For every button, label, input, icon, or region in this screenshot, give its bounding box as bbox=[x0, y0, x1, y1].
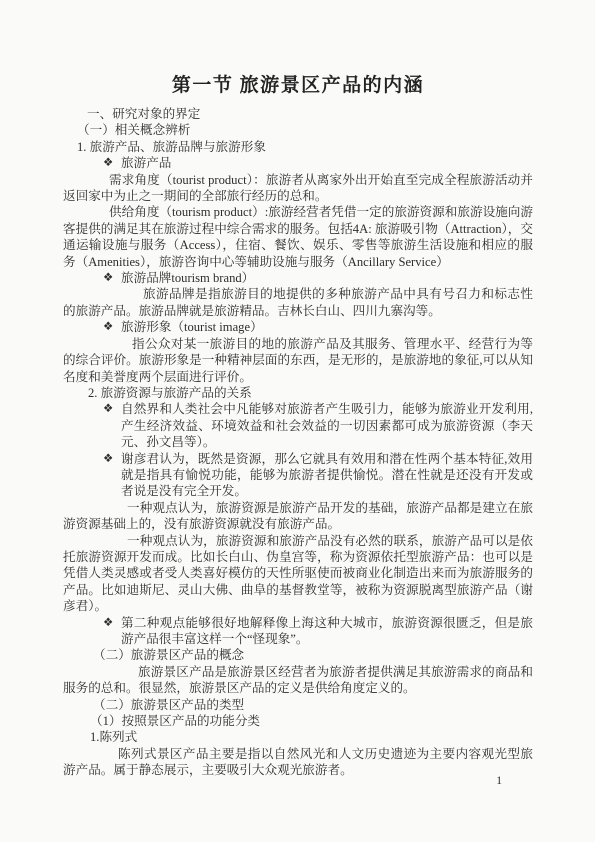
diamond-bullet-icon: ❖ bbox=[103, 451, 121, 500]
paragraph: 一种观点认为，旅游资源和旅游产品没有必然的联系，旅游产品可以是依托旅游资源开发而… bbox=[63, 533, 533, 615]
bullet-text: 自然界和人类社会中凡能够对旅游者产生吸引力，能够为旅游业开发利用,产生经济效益、… bbox=[121, 401, 533, 450]
paragraph: 需求角度（tourist product）：旅游者从离家外出开始直至完成全程旅游… bbox=[63, 172, 533, 205]
bullet-item: ❖ 旅游形象（tourist image） bbox=[103, 319, 533, 335]
heading-level4: 1.陈列式 bbox=[90, 729, 533, 745]
paragraph: 一种观点认为，旅游资源是旅游产品开发的基础，旅游产品都是建立在旅游资源基础上的，… bbox=[63, 500, 533, 533]
document-page: 第一节 旅游景区产品的内涵 一、研究对象的界定 （一）相关概念辨析 1. 旅游产… bbox=[0, 0, 595, 842]
bullet-text: 第二种观点能够很好地解释像上海这种大城市，旅游资源很匮乏，但是旅游产品很丰富这样… bbox=[121, 615, 533, 648]
heading-level2: （一）相关概念辨析 bbox=[77, 122, 533, 138]
paragraph: 指公众对某一旅游目的地的旅游产品及其服务、管理水平、经营行为等的综合评价。旅游形… bbox=[63, 336, 533, 385]
heading-level1: 一、研究对象的界定 bbox=[87, 106, 533, 122]
bullet-text: 旅游品牌tourism brand） bbox=[121, 270, 533, 286]
bullet-text: 旅游形象（tourist image） bbox=[121, 319, 533, 335]
page-content: 第一节 旅游景区产品的内涵 一、研究对象的界定 （一）相关概念辨析 1. 旅游产… bbox=[63, 70, 533, 779]
heading-level3: （1）按照景区产品的功能分类 bbox=[90, 713, 533, 729]
diamond-bullet-icon: ❖ bbox=[103, 615, 121, 648]
diamond-bullet-icon: ❖ bbox=[103, 401, 121, 450]
paragraph: 陈列式景区产品主要是指以自然风光和人文历史遗迹为主要内容观光型旅游产品。属于静态… bbox=[63, 746, 533, 779]
heading-level2: （二）旅游景区产品的类型 bbox=[93, 697, 533, 713]
paragraph: 旅游品牌是指旅游目的地提供的多种旅游产品中具有号召力和标志性的旅游产品。旅游品牌… bbox=[63, 286, 533, 319]
page-number: 1 bbox=[496, 775, 502, 787]
heading-level3: 2. 旅游资源与旅游产品的关系 bbox=[88, 385, 533, 401]
bullet-item: ❖ 旅游产品 bbox=[103, 155, 533, 171]
section-title: 第一节 旅游景区产品的内涵 bbox=[63, 70, 533, 97]
paragraph: 供给角度（tourism product）:旅游经营者凭借一定的旅游资源和旅游设… bbox=[63, 204, 533, 270]
bullet-item: ❖ 旅游品牌tourism brand） bbox=[103, 270, 533, 286]
paragraph: 旅游景区产品是旅游景区经营者为旅游者提供满足其旅游需求的商品和服务的总和。很显然… bbox=[63, 664, 533, 697]
heading-level2: （二）旅游景区产品的概念 bbox=[93, 647, 533, 663]
bullet-item: ❖ 谢彦君认为，既然是资源，那么它就具有效用和潜在性两个基本特征,效用就是指具有… bbox=[103, 451, 533, 500]
diamond-bullet-icon: ❖ bbox=[103, 155, 121, 171]
bullet-item: ❖ 第二种观点能够很好地解释像上海这种大城市，旅游资源很匮乏，但是旅游产品很丰富… bbox=[103, 615, 533, 648]
heading-level3: 1. 旅游产品、旅游品牌与旅游形象 bbox=[77, 139, 533, 155]
bullet-item: ❖ 自然界和人类社会中凡能够对旅游者产生吸引力，能够为旅游业开发利用,产生经济效… bbox=[103, 401, 533, 450]
bullet-text: 旅游产品 bbox=[121, 155, 533, 171]
diamond-bullet-icon: ❖ bbox=[103, 319, 121, 335]
bullet-text: 谢彦君认为，既然是资源，那么它就具有效用和潜在性两个基本特征,效用就是指具有愉悦… bbox=[121, 451, 533, 500]
diamond-bullet-icon: ❖ bbox=[103, 270, 121, 286]
